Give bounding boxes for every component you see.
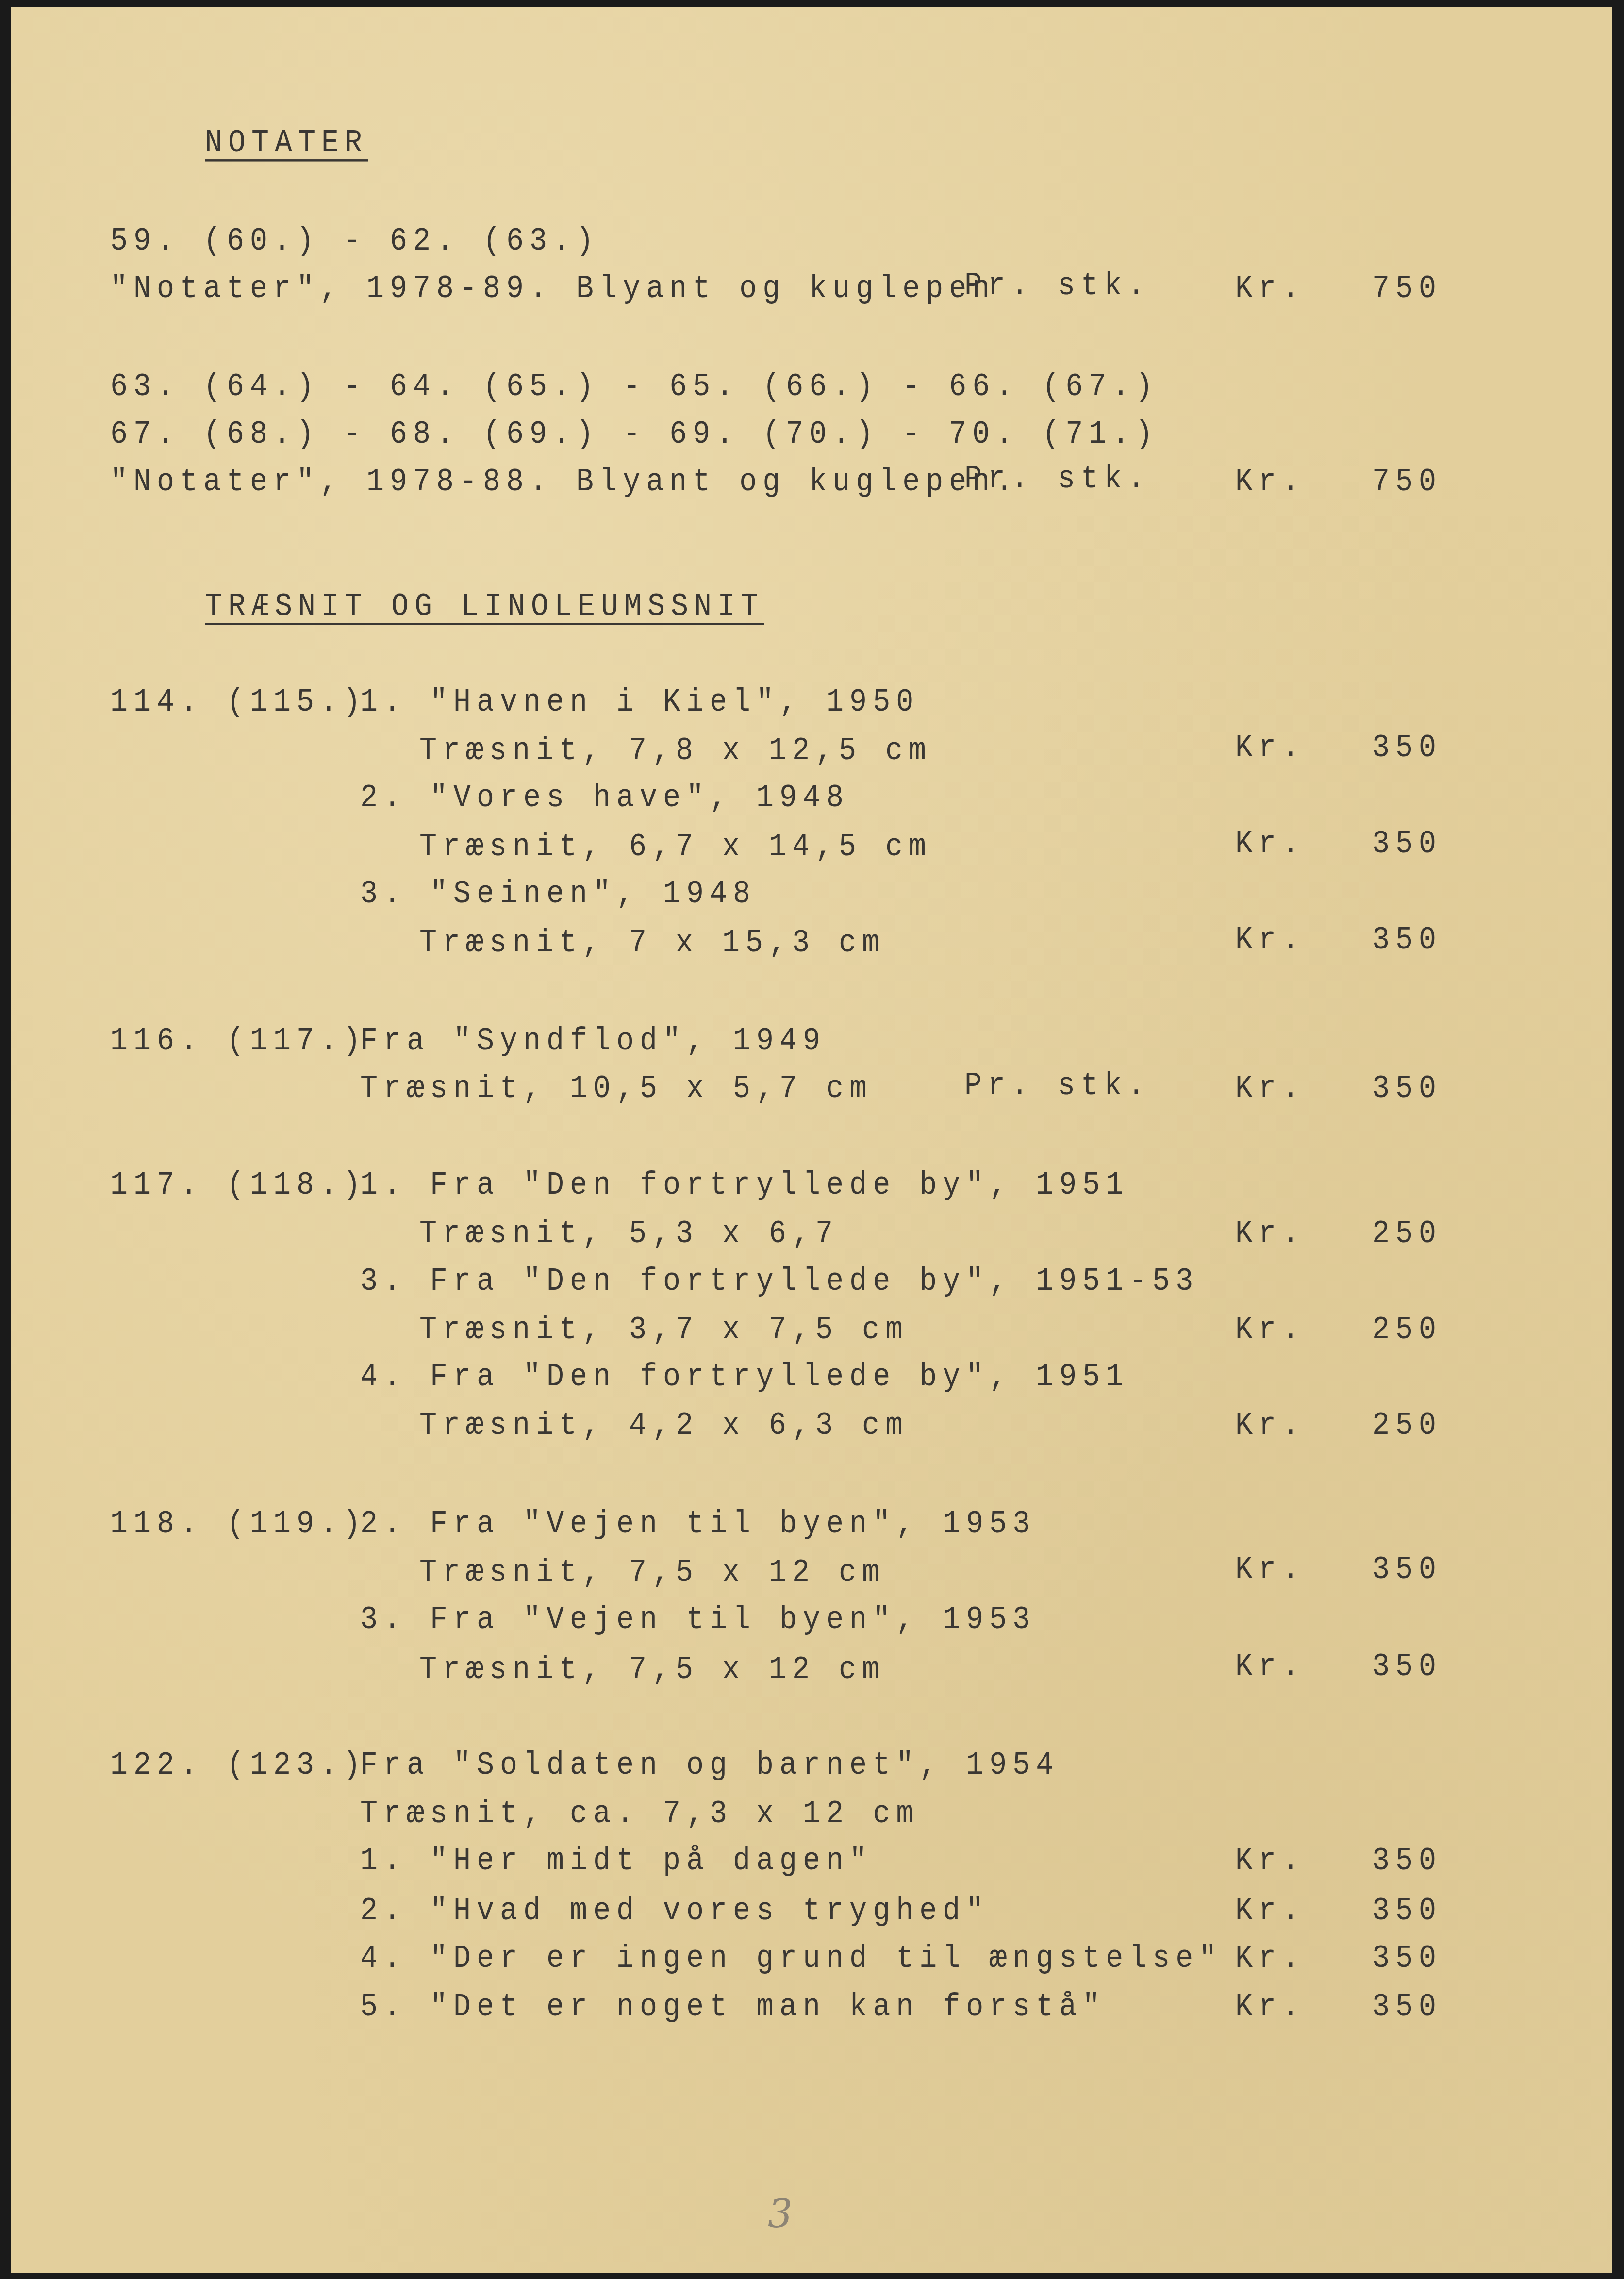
group-ref: 117. (118.) <box>110 1169 366 1202</box>
item-detail: Træsnit, 7,5 x 12 cm <box>419 1654 885 1686</box>
item-detail: Træsnit, 5,3 x 6,7 <box>419 1218 839 1250</box>
item-title: 1. "Her midt på dagen" <box>360 1845 873 1878</box>
handwritten-page-number: 3 <box>768 2191 793 2236</box>
entry-desc: "Notater", 1978-89. Blyant og kuglepen <box>110 273 995 305</box>
item-title: 3. Fra "Den fortryllede by", 1951-53 <box>360 1265 1199 1298</box>
price: 750 <box>1372 466 1442 499</box>
currency-label: Kr. <box>1235 273 1305 305</box>
price: 350 <box>1372 732 1442 765</box>
currency-label: Kr. <box>1235 732 1305 765</box>
unit-label: Pr. stk. <box>964 270 1151 302</box>
document-page: NOTATER 59. (60.) - 62. (63.) "Notater",… <box>11 7 1612 2273</box>
currency-label: Kr. <box>1235 466 1305 499</box>
currency-label: Kr. <box>1235 1410 1305 1442</box>
price: 350 <box>1372 1991 1442 2024</box>
item-title: 4. Fra "Den fortryllede by", 1951 <box>360 1361 1129 1394</box>
currency-label: Kr. <box>1235 1554 1305 1586</box>
item-title: 3. "Seinen", 1948 <box>360 878 756 911</box>
item-detail: Træsnit, 7 x 15,3 cm <box>419 927 885 960</box>
price: 350 <box>1372 1895 1442 1928</box>
unit-label: Pr. stk. <box>964 1070 1151 1102</box>
item-title: 2. Fra "Vejen til byen", 1953 <box>360 1508 1036 1541</box>
currency-label: Kr. <box>1235 1218 1305 1250</box>
price: 350 <box>1372 828 1442 861</box>
currency-label: Kr. <box>1235 1314 1305 1347</box>
price: 350 <box>1372 1845 1442 1878</box>
price: 250 <box>1372 1218 1442 1250</box>
item-title: 2. "Hvad med vores tryghed" <box>360 1895 989 1928</box>
currency-label: Kr. <box>1235 924 1305 957</box>
price: 250 <box>1372 1410 1442 1442</box>
currency-label: Kr. <box>1235 1073 1305 1105</box>
currency-label: Kr. <box>1235 1943 1305 1975</box>
currency-label: Kr. <box>1235 1991 1305 2024</box>
item-detail: Træsnit, 7,5 x 12 cm <box>419 1557 885 1589</box>
price: 750 <box>1372 273 1442 305</box>
entry-desc: "Notater", 1978-88. Blyant og kuglepen. <box>110 466 1019 499</box>
item-detail: Træsnit, 4,2 x 6,3 cm <box>419 1410 909 1442</box>
price: 350 <box>1372 1651 1442 1683</box>
item-detail: Træsnit, 6,7 x 14,5 cm <box>419 831 932 864</box>
price: 350 <box>1372 1554 1442 1586</box>
item-title: 5. "Det er noget man kan forstå" <box>360 1991 1106 2024</box>
entry-ref: 59. (60.) - 62. (63.) <box>110 225 599 258</box>
item-title: Fra "Soldaten og barnet", 1954 <box>360 1749 1059 1782</box>
item-title: 4. "Der er ingen grund til ængstelse" <box>360 1943 1222 1975</box>
currency-label: Kr. <box>1235 1651 1305 1683</box>
item-title: 2. "Vores have", 1948 <box>360 782 849 815</box>
price: 350 <box>1372 924 1442 957</box>
entry-ref: 67. (68.) - 68. (69.) - 69. (70.) - 70. … <box>110 418 1159 451</box>
entry-ref: 63. (64.) - 64. (65.) - 65. (66.) - 66. … <box>110 371 1159 403</box>
group-ref: 118. (119.) <box>110 1508 366 1541</box>
price: 250 <box>1372 1314 1442 1347</box>
item-detail: Træsnit, 3,7 x 7,5 cm <box>419 1314 909 1347</box>
currency-label: Kr. <box>1235 828 1305 861</box>
item-detail: Træsnit, 7,8 x 12,5 cm <box>419 735 932 767</box>
group-ref: 122. (123.) <box>110 1749 366 1782</box>
section-heading-traesnit: TRÆSNIT OG LINOLEUMSSNIT <box>205 591 764 623</box>
unit-label: Pr. stk. <box>964 463 1151 496</box>
item-title: Fra "Syndflod", 1949 <box>360 1025 826 1058</box>
currency-label: Kr. <box>1235 1845 1305 1878</box>
section-heading-notater: NOTATER <box>205 127 368 160</box>
item-title: 1. "Havnen i Kiel", 1950 <box>360 686 919 719</box>
group-ref: 116. (117.) <box>110 1025 366 1058</box>
group-ref: 114. (115.) <box>110 686 366 719</box>
item-detail: Træsnit, 10,5 x 5,7 cm <box>360 1073 873 1105</box>
price: 350 <box>1372 1073 1442 1105</box>
item-title: 1. Fra "Den fortryllede by", 1951 <box>360 1169 1129 1202</box>
item-title: 3. Fra "Vejen til byen", 1953 <box>360 1604 1036 1636</box>
currency-label: Kr. <box>1235 1895 1305 1928</box>
price: 350 <box>1372 1943 1442 1975</box>
item-detail: Træsnit, ca. 7,3 x 12 cm <box>360 1798 919 1830</box>
